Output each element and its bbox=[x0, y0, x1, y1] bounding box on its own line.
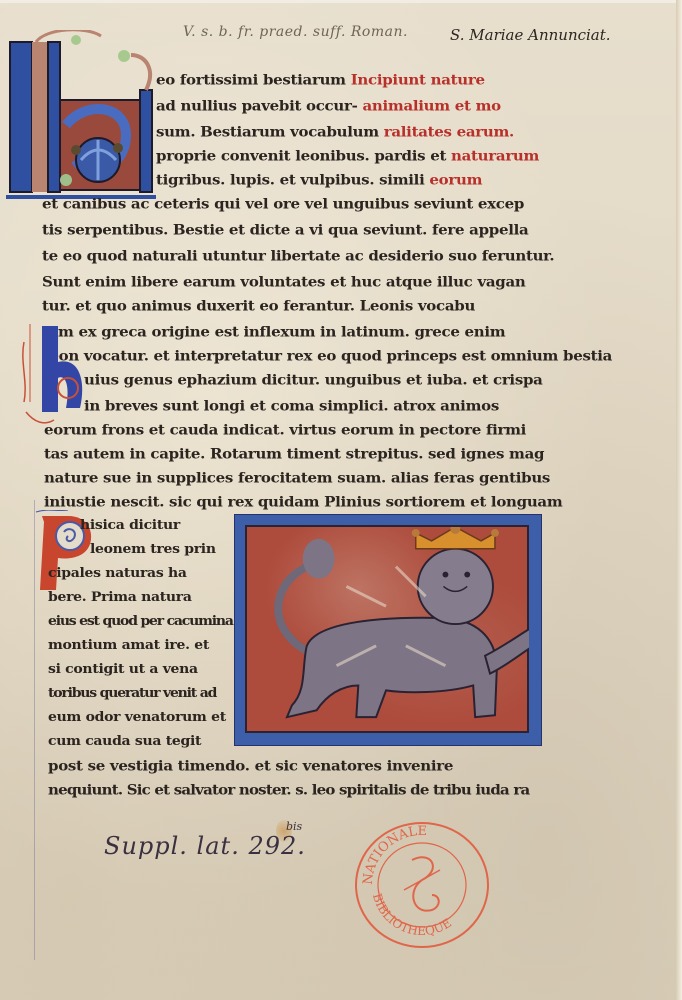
column-line: bere. Prima natura bbox=[48, 590, 192, 604]
column-line: leonem tres prin bbox=[90, 542, 216, 556]
text-line: post se vestigia timendo. et sic venator… bbox=[48, 758, 453, 774]
column-line: hisica dicitur bbox=[80, 518, 180, 532]
library-stamp-icon: NATIONALE BIBLIOTHEQUE bbox=[352, 820, 492, 950]
initial-h-blue-icon bbox=[20, 322, 90, 432]
column-line: si contigit ut a vena bbox=[48, 662, 198, 676]
text-line: tigribus. lupis. et vulpibus. simili eor… bbox=[156, 172, 482, 188]
column-line: cum cauda sua tegit bbox=[48, 734, 201, 748]
rubric-text: Incipiunt nature bbox=[351, 72, 485, 88]
top-annotation-left: V. s. b. fr. praed. suff. Roman. bbox=[183, 24, 408, 40]
rubric-text: animalium et mo bbox=[362, 98, 500, 114]
text-line: tis serpentibus. Bestie et dicte a vi qu… bbox=[42, 222, 528, 238]
manuscript-page: V. s. b. fr. praed. suff. Roman. S. Mari… bbox=[0, 0, 682, 1000]
page-top-edge bbox=[0, 0, 682, 3]
text-line: ad nullius pavebit occur- animalium et m… bbox=[156, 98, 501, 114]
shelfmark-superscript: bis bbox=[286, 820, 302, 833]
illuminated-initial-h-icon bbox=[6, 30, 156, 200]
svg-text:NATIONALE: NATIONALE bbox=[361, 824, 427, 885]
rubric-text: naturarum bbox=[451, 148, 539, 164]
text-line: uius genus ephazium dicitur. unguibus et… bbox=[84, 372, 543, 388]
text-line: proprie convenit leonibus. pardis et nat… bbox=[156, 148, 539, 164]
stamp-text-bottom: BIBLIOTHEQUE bbox=[370, 892, 454, 938]
text-line: iniustie nescit. sic qui rex quidam Plin… bbox=[44, 494, 562, 510]
text-line: Sunt enim libere earum voluntates et huc… bbox=[42, 274, 526, 290]
column-line: eius est quod per cacumina bbox=[48, 614, 233, 628]
text-line: tur. et quo animus duxerit eo ferantur. … bbox=[42, 298, 475, 314]
rubric-text: eorum bbox=[429, 172, 482, 188]
text-line: leon vocatur. et interpretatur rex eo qu… bbox=[44, 348, 612, 364]
svg-text:BIBLIOTHEQUE: BIBLIOTHEQUE bbox=[370, 892, 454, 938]
text-line: nequiunt. Sic et salvator noster. s. leo… bbox=[48, 782, 529, 798]
text-line: et canibus ac ceteris qui vel ore vel un… bbox=[42, 196, 524, 212]
text-line: eorum frons et cauda indicat. virtus eor… bbox=[44, 422, 526, 438]
column-line: eum odor venatorum et bbox=[48, 710, 226, 724]
text-line: sum. Bestiarum vocabulum ralitates earum… bbox=[156, 124, 514, 140]
text-line: te eo quod naturali utuntur libertate ac… bbox=[42, 248, 554, 264]
column-line: montium amat ire. et bbox=[48, 638, 209, 652]
lion-miniature bbox=[234, 514, 542, 746]
text-line: in breves sunt longi et coma simplici. a… bbox=[84, 398, 499, 414]
text-line: tas autem in capite. Rotarum timent stre… bbox=[44, 446, 544, 462]
page-right-edge bbox=[676, 0, 682, 1000]
rubric-text: ralitates earum. bbox=[384, 124, 514, 140]
top-annotation-right: S. Mariae Annunciat. bbox=[450, 26, 611, 44]
column-line: cipales naturas ha bbox=[48, 566, 187, 580]
shelfmark: Suppl. lat. 292. bbox=[104, 832, 306, 860]
text-line: eo fortissimi bestiarum Incipiunt nature bbox=[156, 72, 485, 88]
column-line: toribus queratur venit ad bbox=[48, 686, 216, 700]
text-line: lum ex greca origine est inflexum in lat… bbox=[42, 324, 505, 340]
lion-illumination-icon bbox=[247, 527, 529, 733]
miniature-ground bbox=[245, 525, 529, 733]
margin-ruling bbox=[34, 500, 35, 960]
stamp-text-top: NATIONALE bbox=[361, 824, 427, 885]
text-line: nature sue in supplices ferocitatem suam… bbox=[44, 470, 550, 486]
